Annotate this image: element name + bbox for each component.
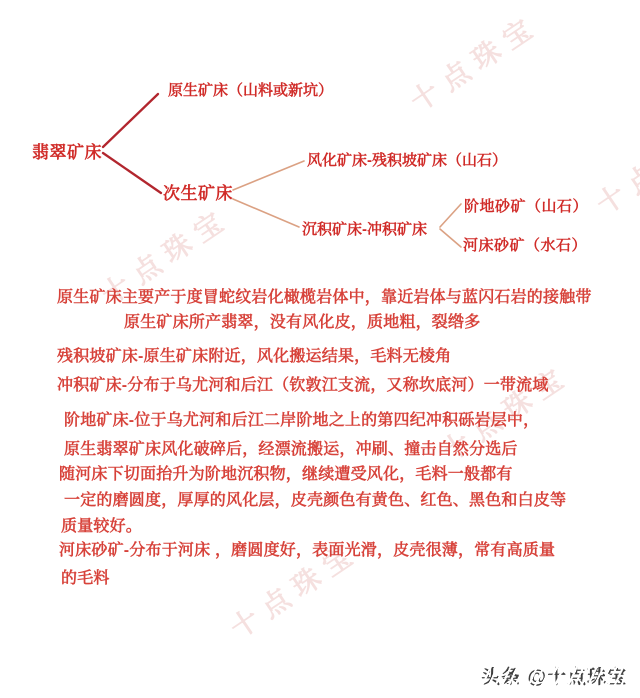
note-line: 一定的磨圆度，厚厚的风化层，皮壳颜色有黄色、红色、黑色和白皮等 — [64, 492, 566, 510]
branch-sedimentary-to-terrace — [440, 204, 461, 227]
branch-sedimentary-to-riverbed — [440, 229, 461, 247]
note-line: 原生矿床所产翡翠，没有风化皮，质地粗，裂绺多 — [124, 314, 480, 332]
note-line: 冲积矿床-分布于乌尤河和后江（钦敦江支流，又称坎底河）一带流域 — [57, 377, 549, 395]
note-line: 质量较好。 — [61, 518, 142, 536]
branch-root-to-primary — [103, 94, 158, 147]
tree-node-primary: 原生矿床（山料或新坑） — [168, 83, 333, 99]
toutiao-credit-watermark: 头条 @十点珠宝 — [481, 662, 627, 689]
branch-root-to-secondary — [103, 153, 161, 193]
tree-node-root: 翡翠矿床 — [32, 144, 102, 162]
note-line: 阶地矿床-位于乌尤河和后江二岸阶地之上的第四纪冲积砾岩层中， — [64, 412, 539, 430]
note-line: 随河床下切面抬升为阶地沉积物，继续遭受风化，毛料一般都有 — [59, 466, 513, 484]
branch-secondary-to-weathered — [233, 161, 304, 190]
note-line: 原生翡翠矿床风化破碎后，经漂流搬运，冲刷、撞击自然分选后 — [64, 441, 518, 459]
note-line: 残积坡矿床-原生矿床附近，风化搬运结果，毛料无棱角 — [57, 348, 451, 366]
note-line: 的毛料 — [61, 570, 110, 588]
note-line: 河床砂矿-分布于河床 ，磨圆度好，表面光滑，皮壳很薄，常有高质量 — [59, 542, 555, 560]
note-line: 原生矿床主要产于度冒蛇纹岩化橄榄岩体中，靠近岩体与蓝闪石岩的接触带 — [57, 289, 592, 307]
branch-secondary-to-sedimentary — [233, 199, 299, 227]
tree-node-secondary: 次生矿床 — [163, 185, 233, 203]
infographic-canvas: 十点珠宝 十点珠宝 十点珠宝 十点珠宝 十点珠宝 翡翠矿床 原生矿床（山料或新坑… — [0, 0, 640, 698]
tree-node-sedimentary: 沉积矿床-冲积矿床 — [302, 222, 427, 238]
tree-node-riverbed: 河床砂矿（水石） — [463, 238, 587, 254]
tree-node-terrace: 阶地砂矿（山石） — [464, 199, 588, 215]
tree-node-weathered: 风化矿床-残积坡矿床（山石） — [307, 153, 507, 169]
